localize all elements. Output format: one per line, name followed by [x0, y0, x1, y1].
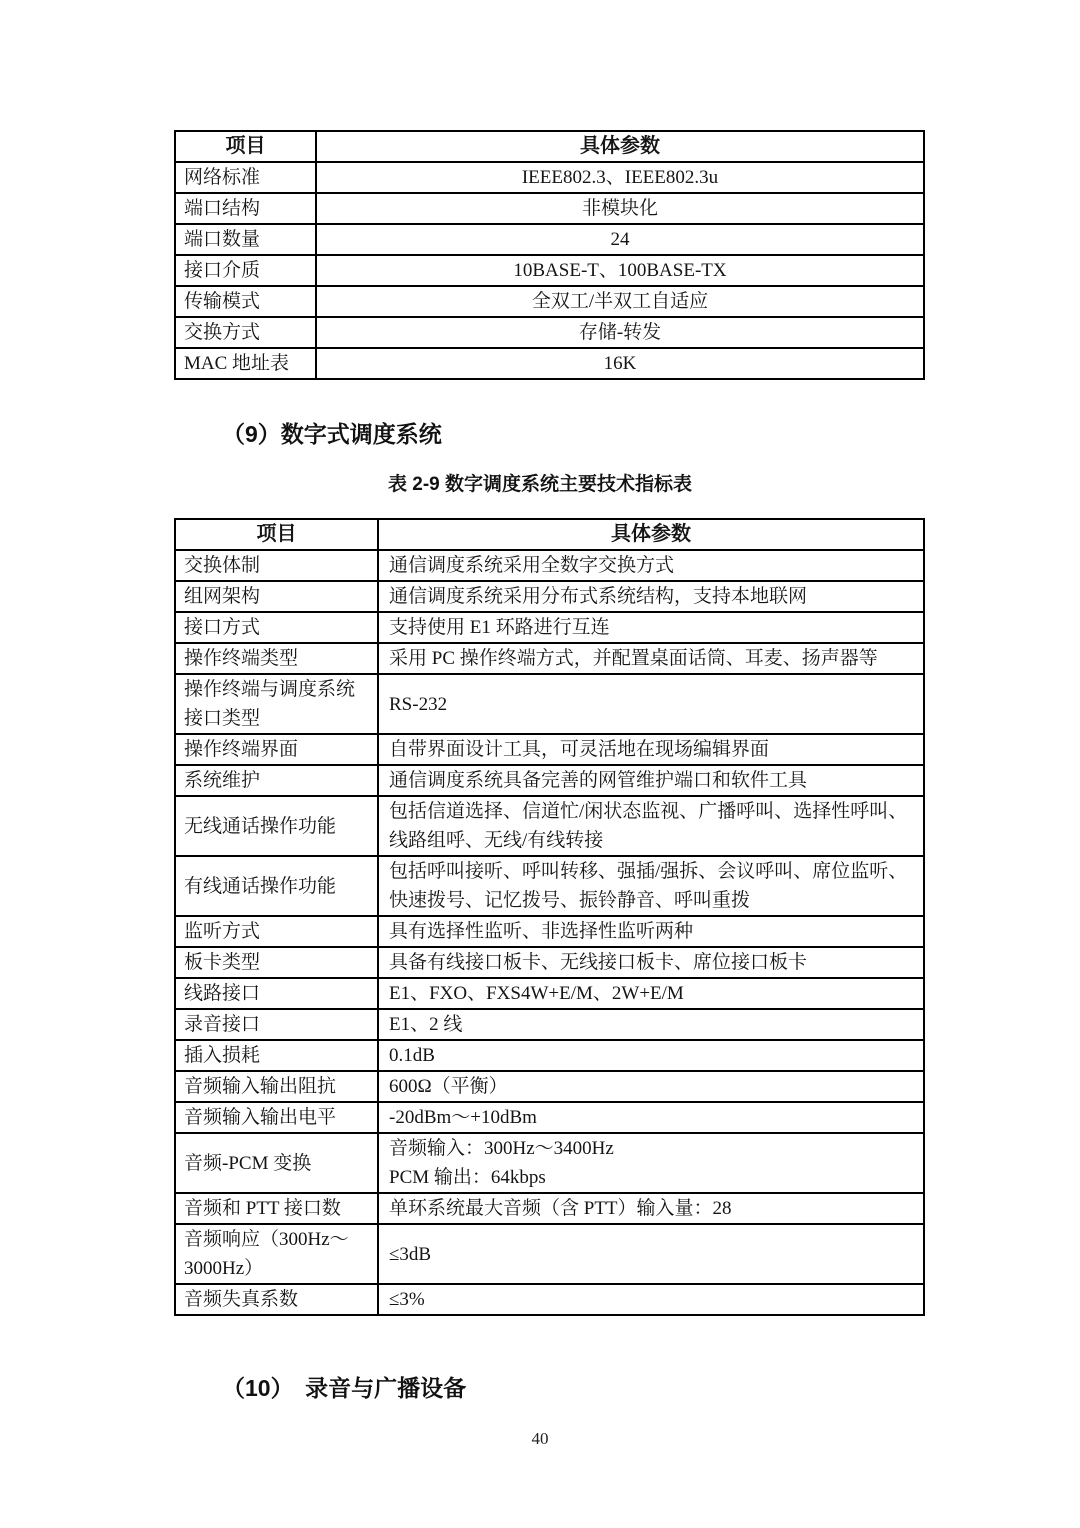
network-switch-spec-table: 项目 具体参数 网络标准IEEE802.3、IEEE802.3u端口结构非模块化… [174, 130, 925, 380]
value-cell: 自带界面设计工具，可灵活地在现场编辑界面 [378, 734, 924, 765]
table-header-row: 项目 具体参数 [175, 131, 924, 162]
table-row: 操作终端类型采用 PC 操作终端方式，并配置桌面话筒、耳麦、扬声器等 [175, 643, 924, 674]
table-row: 音频-PCM 变换音频输入：300Hz～3400HzPCM 输出：64kbps [175, 1133, 924, 1193]
item-cell: 网络标准 [175, 162, 316, 193]
item-cell: 组网架构 [175, 581, 378, 612]
value-cell: ≤3dB [378, 1224, 924, 1284]
column-header-parameter: 具体参数 [316, 131, 924, 162]
table-row: 音频和 PTT 接口数单环系统最大音频（含 PTT）输入量：28 [175, 1193, 924, 1224]
value-cell: 通信调度系统采用全数字交换方式 [378, 550, 924, 581]
item-cell: 录音接口 [175, 1009, 378, 1040]
table-row: 音频输入输出阻抗600Ω（平衡） [175, 1071, 924, 1102]
item-cell: 音频输入输出阻抗 [175, 1071, 378, 1102]
value-cell: -20dBm～+10dBm [378, 1102, 924, 1133]
value-cell: 单环系统最大音频（含 PTT）输入量：28 [378, 1193, 924, 1224]
value-cell: 24 [316, 224, 924, 255]
item-cell: 有线通话操作功能 [175, 856, 378, 916]
column-header-item: 项目 [175, 519, 378, 550]
column-header-parameter: 具体参数 [378, 519, 924, 550]
table-row: 交换方式存储-转发 [175, 317, 924, 348]
item-cell: MAC 地址表 [175, 348, 316, 379]
value-cell: 支持使用 E1 环路进行互连 [378, 612, 924, 643]
item-cell: 操作终端类型 [175, 643, 378, 674]
page-number: 40 [0, 1429, 1080, 1449]
table-row: 无线通话操作功能包括信道选择、信道忙/闲状态监视、广播呼叫、选择性呼叫、线路组呼… [175, 796, 924, 856]
item-cell: 音频响应（300Hz～3000Hz） [175, 1224, 378, 1284]
table-row: 录音接口E1、2 线 [175, 1009, 924, 1040]
value-cell: 存储-转发 [316, 317, 924, 348]
item-cell: 音频输入输出电平 [175, 1102, 378, 1133]
value-cell: 16K [316, 348, 924, 379]
section-10-heading: （10） 录音与广播设备 [222, 1371, 1080, 1405]
value-cell: 通信调度系统具备完善的网管维护端口和软件工具 [378, 765, 924, 796]
item-cell: 线路接口 [175, 978, 378, 1009]
value-cell: E1、FXO、FXS4W+E/M、2W+E/M [378, 978, 924, 1009]
table-row: 组网架构通信调度系统采用分布式系统结构，支持本地联网 [175, 581, 924, 612]
item-cell: 音频-PCM 变换 [175, 1133, 378, 1193]
table-row: 网络标准IEEE802.3、IEEE802.3u [175, 162, 924, 193]
item-cell: 监听方式 [175, 916, 378, 947]
value-cell: 600Ω（平衡） [378, 1071, 924, 1102]
table-row: 操作终端界面自带界面设计工具，可灵活地在现场编辑界面 [175, 734, 924, 765]
table-row: 插入损耗0.1dB [175, 1040, 924, 1071]
item-cell: 音频失真系数 [175, 1284, 378, 1315]
dispatch-system-spec-table: 项目 具体参数 交换体制通信调度系统采用全数字交换方式组网架构通信调度系统采用分… [174, 518, 925, 1316]
table-row: 音频响应（300Hz～3000Hz）≤3dB [175, 1224, 924, 1284]
table-row: 线路接口E1、FXO、FXS4W+E/M、2W+E/M [175, 978, 924, 1009]
value-cell: 包括呼叫接听、呼叫转移、强插/强拆、会议呼叫、席位监听、快速拨号、记忆拨号、振铃… [378, 856, 924, 916]
column-header-item: 项目 [175, 131, 316, 162]
item-cell: 交换体制 [175, 550, 378, 581]
value-cell: 包括信道选择、信道忙/闲状态监视、广播呼叫、选择性呼叫、线路组呼、无线/有线转接 [378, 796, 924, 856]
table-row: MAC 地址表16K [175, 348, 924, 379]
item-cell: 无线通话操作功能 [175, 796, 378, 856]
table-row: 操作终端与调度系统接口类型RS-232 [175, 674, 924, 734]
table-row: 接口方式支持使用 E1 环路进行互连 [175, 612, 924, 643]
value-cell: 10BASE-T、100BASE-TX [316, 255, 924, 286]
item-cell: 交换方式 [175, 317, 316, 348]
table-row: 音频失真系数≤3% [175, 1284, 924, 1315]
value-cell: E1、2 线 [378, 1009, 924, 1040]
value-cell: 具有选择性监听、非选择性监听两种 [378, 916, 924, 947]
table-row: 端口数量24 [175, 224, 924, 255]
item-cell: 板卡类型 [175, 947, 378, 978]
item-cell: 插入损耗 [175, 1040, 378, 1071]
value-cell: 采用 PC 操作终端方式，并配置桌面话筒、耳麦、扬声器等 [378, 643, 924, 674]
value-cell: IEEE802.3、IEEE802.3u [316, 162, 924, 193]
item-cell: 系统维护 [175, 765, 378, 796]
value-cell: 0.1dB [378, 1040, 924, 1071]
value-cell: ≤3% [378, 1284, 924, 1315]
item-cell: 接口方式 [175, 612, 378, 643]
table-row: 有线通话操作功能包括呼叫接听、呼叫转移、强插/强拆、会议呼叫、席位监听、快速拨号… [175, 856, 924, 916]
value-cell: 通信调度系统采用分布式系统结构，支持本地联网 [378, 581, 924, 612]
table-row: 系统维护通信调度系统具备完善的网管维护端口和软件工具 [175, 765, 924, 796]
item-cell: 操作终端与调度系统接口类型 [175, 674, 378, 734]
value-cell: RS-232 [378, 674, 924, 734]
item-cell: 接口介质 [175, 255, 316, 286]
table-row: 交换体制通信调度系统采用全数字交换方式 [175, 550, 924, 581]
value-cell: 具备有线接口板卡、无线接口板卡、席位接口板卡 [378, 947, 924, 978]
table-row: 监听方式具有选择性监听、非选择性监听两种 [175, 916, 924, 947]
value-cell: 全双工/半双工自适应 [316, 286, 924, 317]
table-row: 端口结构非模块化 [175, 193, 924, 224]
item-cell: 端口数量 [175, 224, 316, 255]
table-row: 板卡类型具备有线接口板卡、无线接口板卡、席位接口板卡 [175, 947, 924, 978]
table-header-row: 项目 具体参数 [175, 519, 924, 550]
table-row: 接口介质10BASE-T、100BASE-TX [175, 255, 924, 286]
value-cell: 非模块化 [316, 193, 924, 224]
document-page: 项目 具体参数 网络标准IEEE802.3、IEEE802.3u端口结构非模块化… [0, 0, 1080, 1449]
item-cell: 端口结构 [175, 193, 316, 224]
table-row: 音频输入输出电平-20dBm～+10dBm [175, 1102, 924, 1133]
table-row: 传输模式全双工/半双工自适应 [175, 286, 924, 317]
item-cell: 音频和 PTT 接口数 [175, 1193, 378, 1224]
value-cell: 音频输入：300Hz～3400HzPCM 输出：64kbps [378, 1133, 924, 1193]
table-2-9-caption: 表 2-9 数字调度系统主要技术指标表 [0, 472, 1080, 497]
item-cell: 传输模式 [175, 286, 316, 317]
item-cell: 操作终端界面 [175, 734, 378, 765]
section-9-heading: （9）数字式调度系统 [222, 417, 1080, 451]
